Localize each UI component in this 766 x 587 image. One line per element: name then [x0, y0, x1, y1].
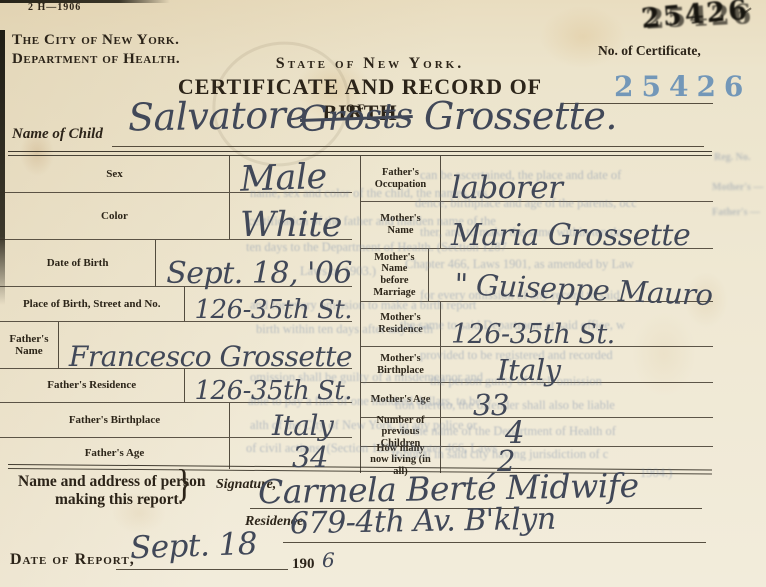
field-value-handwritten: laborer	[441, 156, 713, 201]
field-label: Father's Birthplace	[0, 403, 230, 437]
signature-handwritten: Carmela Berté Midwife	[258, 473, 639, 506]
field-value-handwritten: 126-35th St.	[441, 302, 713, 346]
field-row: Father's Birthplace Italy	[0, 403, 352, 438]
birth-certificate-document: name, sex and color of the child, the na…	[0, 0, 766, 587]
field-value-handwritten: Male	[229, 154, 352, 194]
date-of-report-label: Date of Report,	[10, 551, 135, 569]
year-digit-handwritten: 6	[322, 552, 334, 568]
field-row: Father's Name Francesco Grossette	[0, 322, 352, 369]
stamp-black-text-overstrike: 25426	[645, 0, 755, 36]
residence-line	[283, 542, 706, 543]
field-value-handwritten: Sept. 18, '06	[156, 240, 352, 286]
child-first-name: Salvatore	[128, 99, 308, 133]
birth-table-left: Sex Male Color White Date of Birth Sept.…	[0, 156, 352, 469]
certificate-number-stamp-blue: 25426	[614, 70, 751, 103]
field-value-handwritten: 126-35th St.	[185, 287, 352, 321]
field-value-handwritten: Italy	[230, 403, 352, 437]
field-row: Color White	[0, 193, 352, 240]
field-value-handwritten: " Guiseppe Mauro	[428, 243, 714, 307]
date-of-report-handwritten: Sept. 18	[130, 532, 258, 561]
field-value-handwritten: Italy	[441, 347, 713, 382]
field-value-handwritten: 2	[441, 447, 713, 473]
child-name-label: Name of Child	[12, 126, 103, 143]
reporter-label-line2: making this report.	[55, 491, 183, 509]
child-name-line	[112, 146, 704, 147]
ghost-text-fragment: Mother's —	[712, 182, 763, 193]
field-value-handwritten: White	[230, 193, 352, 239]
agency-city: The City of New York.	[12, 32, 179, 49]
field-label: Sex	[0, 156, 230, 192]
field-value-handwritten: 33	[441, 383, 713, 417]
field-value-handwritten: Maria Grossette	[441, 202, 713, 248]
field-value-handwritten: 34	[230, 438, 352, 469]
field-label: Father's Name	[0, 322, 59, 368]
year-printed: 190	[292, 556, 315, 573]
state-heading: State of New York.	[255, 55, 485, 73]
child-crossed-name: Grosts	[300, 102, 414, 134]
field-row: Place of Birth, Street and No. 126-35th …	[0, 287, 352, 322]
field-row: Date of Birth Sept. 18, '06	[0, 240, 352, 287]
child-surname: Grossette.	[424, 101, 617, 131]
field-row: Sex Male	[0, 156, 352, 193]
ghost-text-fragment: Reg. No.	[714, 152, 750, 163]
field-label: Father's Residence	[0, 369, 185, 402]
certificate-number-label: No. of Certificate,	[598, 43, 701, 59]
reporter-brace: }	[176, 463, 192, 507]
form-number: 2 H—1906	[28, 2, 81, 13]
field-label: Date of Birth	[0, 240, 156, 286]
field-value-handwritten: Francesco Grossette	[59, 322, 352, 368]
agency-department: Department of Health.	[12, 51, 180, 68]
ghost-text-fragment: Father's —	[712, 207, 760, 218]
scan-edge-top	[0, 0, 170, 3]
field-value-handwritten: 4	[441, 418, 713, 446]
field-label: Color	[0, 193, 230, 239]
date-of-report-line	[116, 569, 288, 570]
field-label: Place of Birth, Street and No.	[0, 287, 185, 321]
field-value-handwritten: 126-35th St.	[185, 369, 352, 402]
residence-handwritten: 679-4th Av. B'klyn	[290, 508, 556, 537]
field-row: Father's Residence 126-35th St.	[0, 369, 352, 403]
